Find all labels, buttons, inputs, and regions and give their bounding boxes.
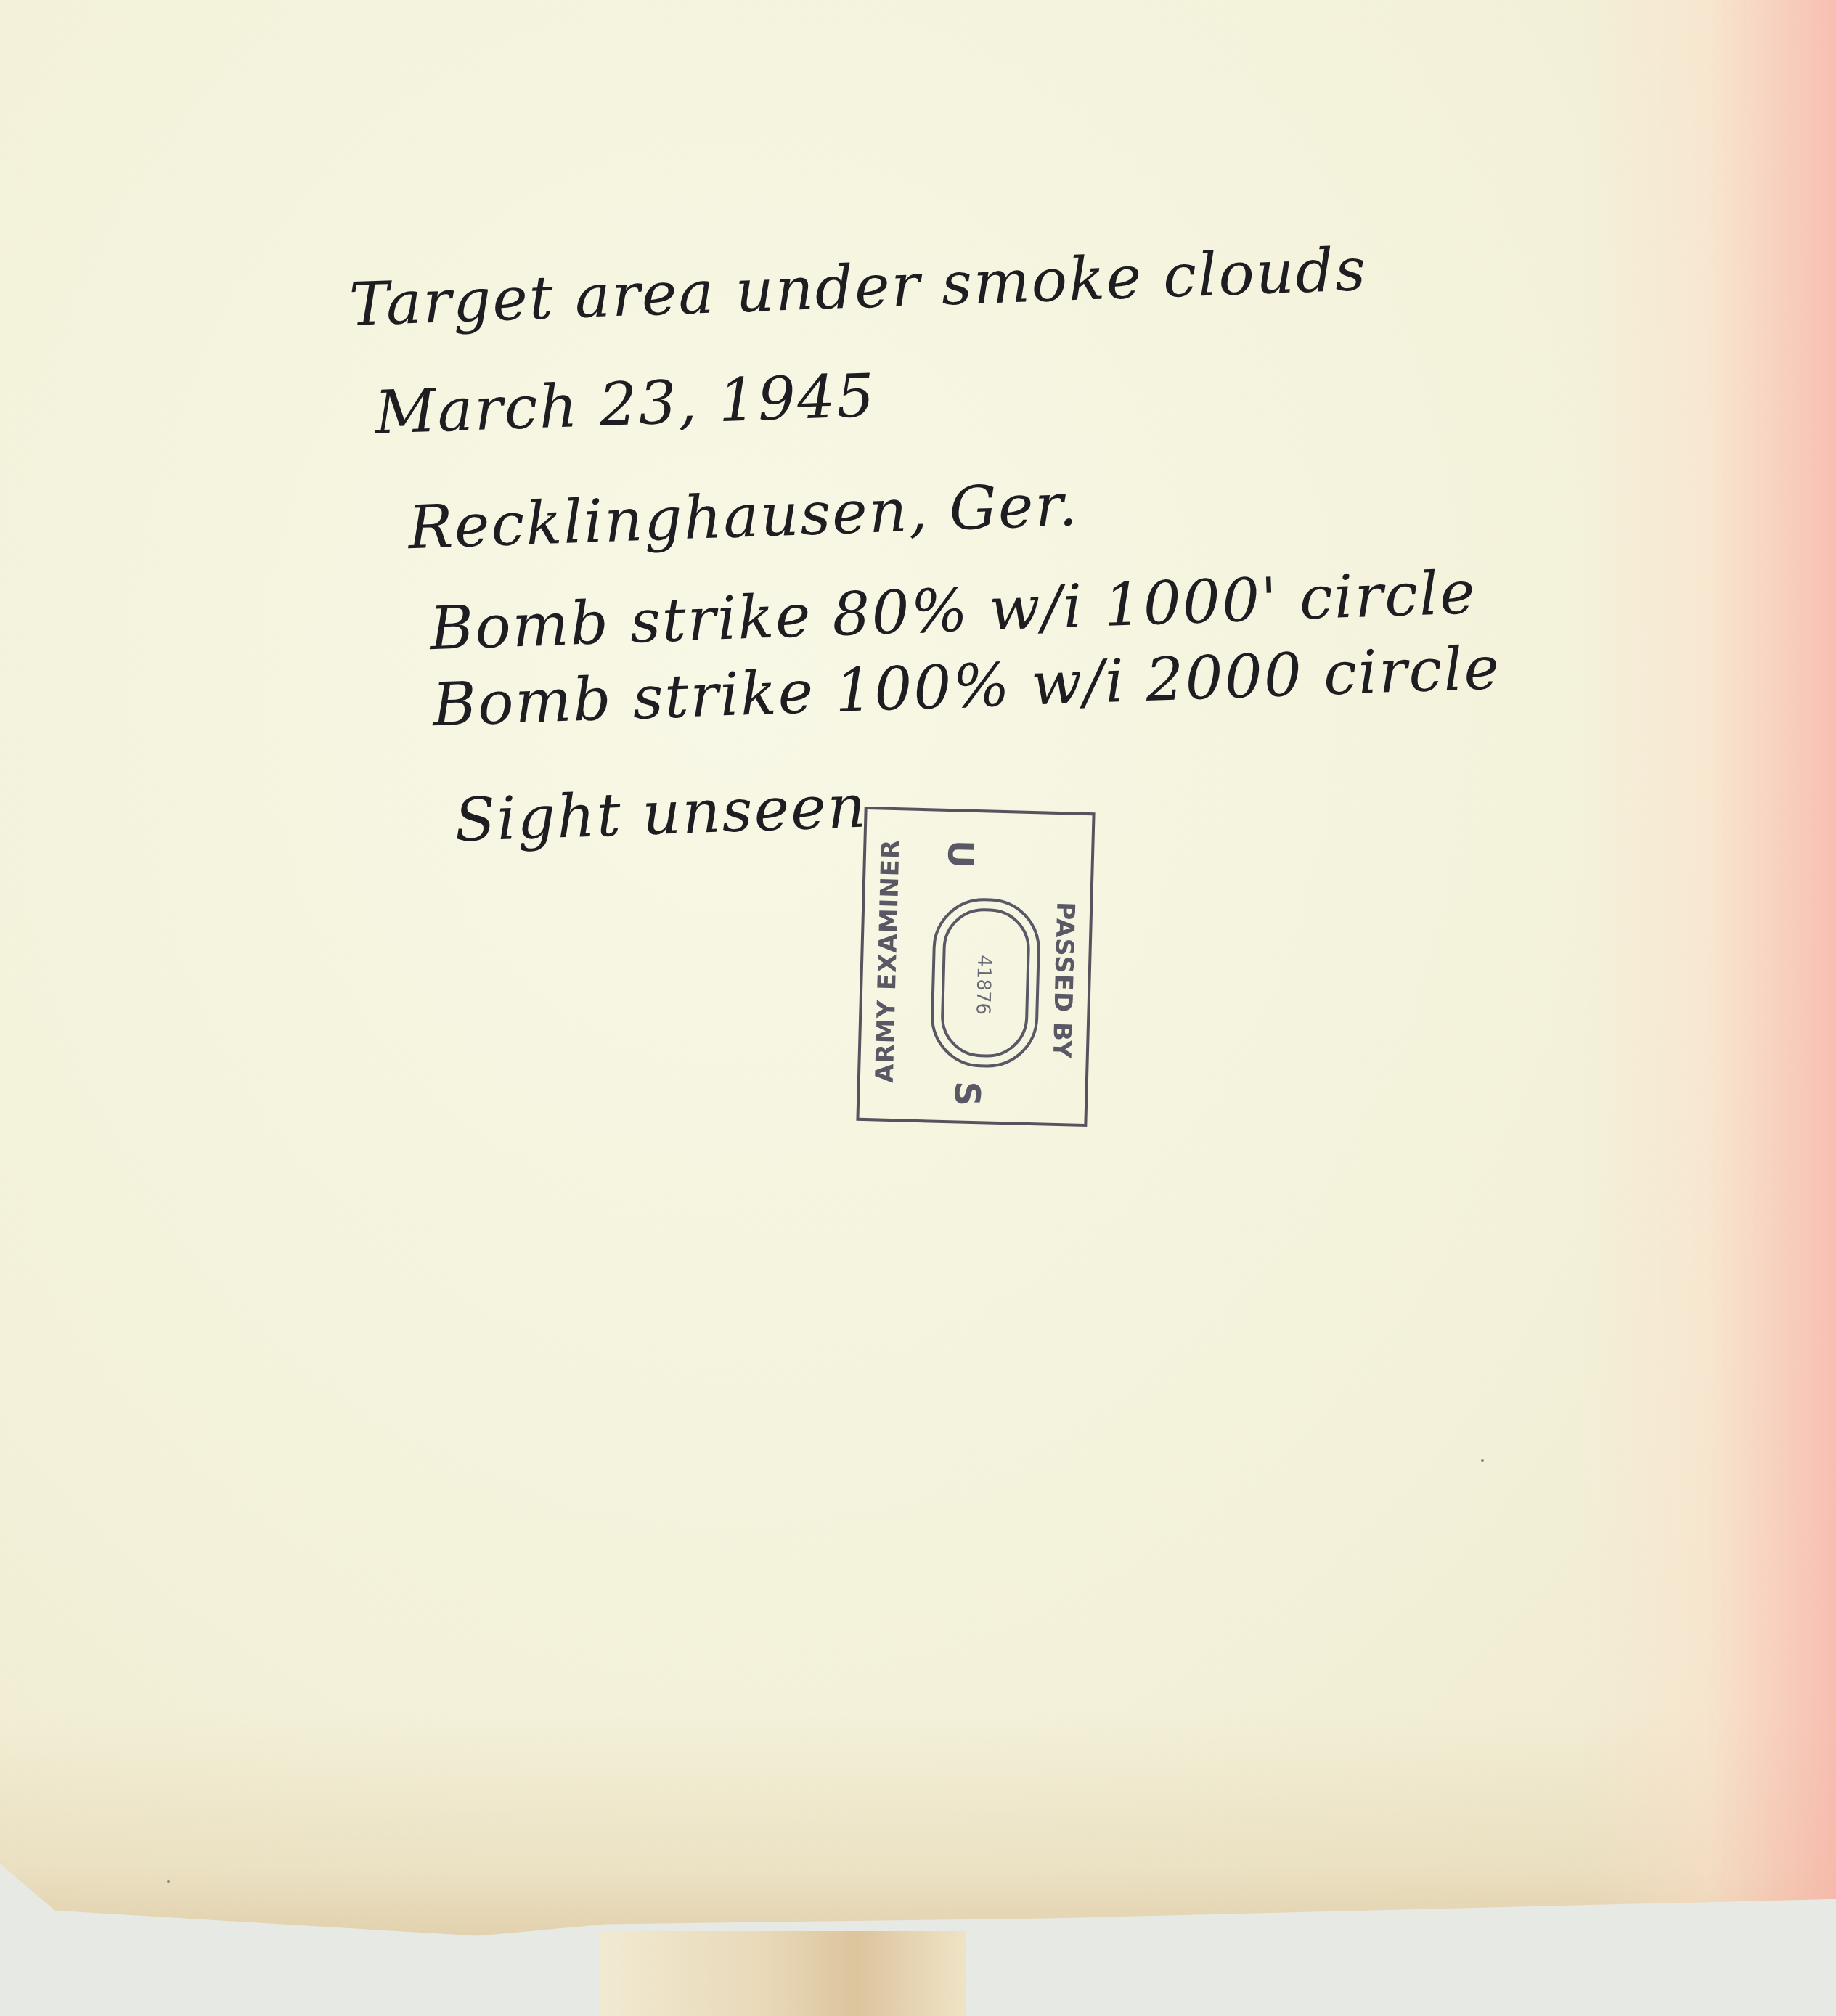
note-line-location: Recklinghausen, Ger. [407, 476, 1080, 558]
note-line-title: Target area under smoke clouds [348, 240, 1368, 335]
stamp-oval: 41876 [929, 897, 1041, 1069]
stamp-oval-inner: 41876 [940, 907, 1031, 1058]
paper-speck [167, 1880, 170, 1883]
photo-tab [599, 1931, 966, 2016]
stamp-letter-u: U [939, 839, 981, 868]
army-examiner-stamp: PASSED BY ARMY EXAMINER U S 41876 [856, 807, 1095, 1127]
stamp-examiner-number: 41876 [971, 955, 995, 1015]
note-line-date: March 23, 1945 [374, 367, 876, 444]
photo-back-paper: Target area under smoke clouds March 23,… [0, 0, 1836, 1946]
paper-speck [1481, 1459, 1484, 1462]
stamp-army-examiner: ARMY EXAMINER [870, 838, 906, 1083]
stamp-letter-s: S [946, 1081, 987, 1107]
stamp-passed-by: PASSED BY [1047, 902, 1080, 1060]
note-line-sight-unseen: Sight unseen [454, 778, 868, 852]
